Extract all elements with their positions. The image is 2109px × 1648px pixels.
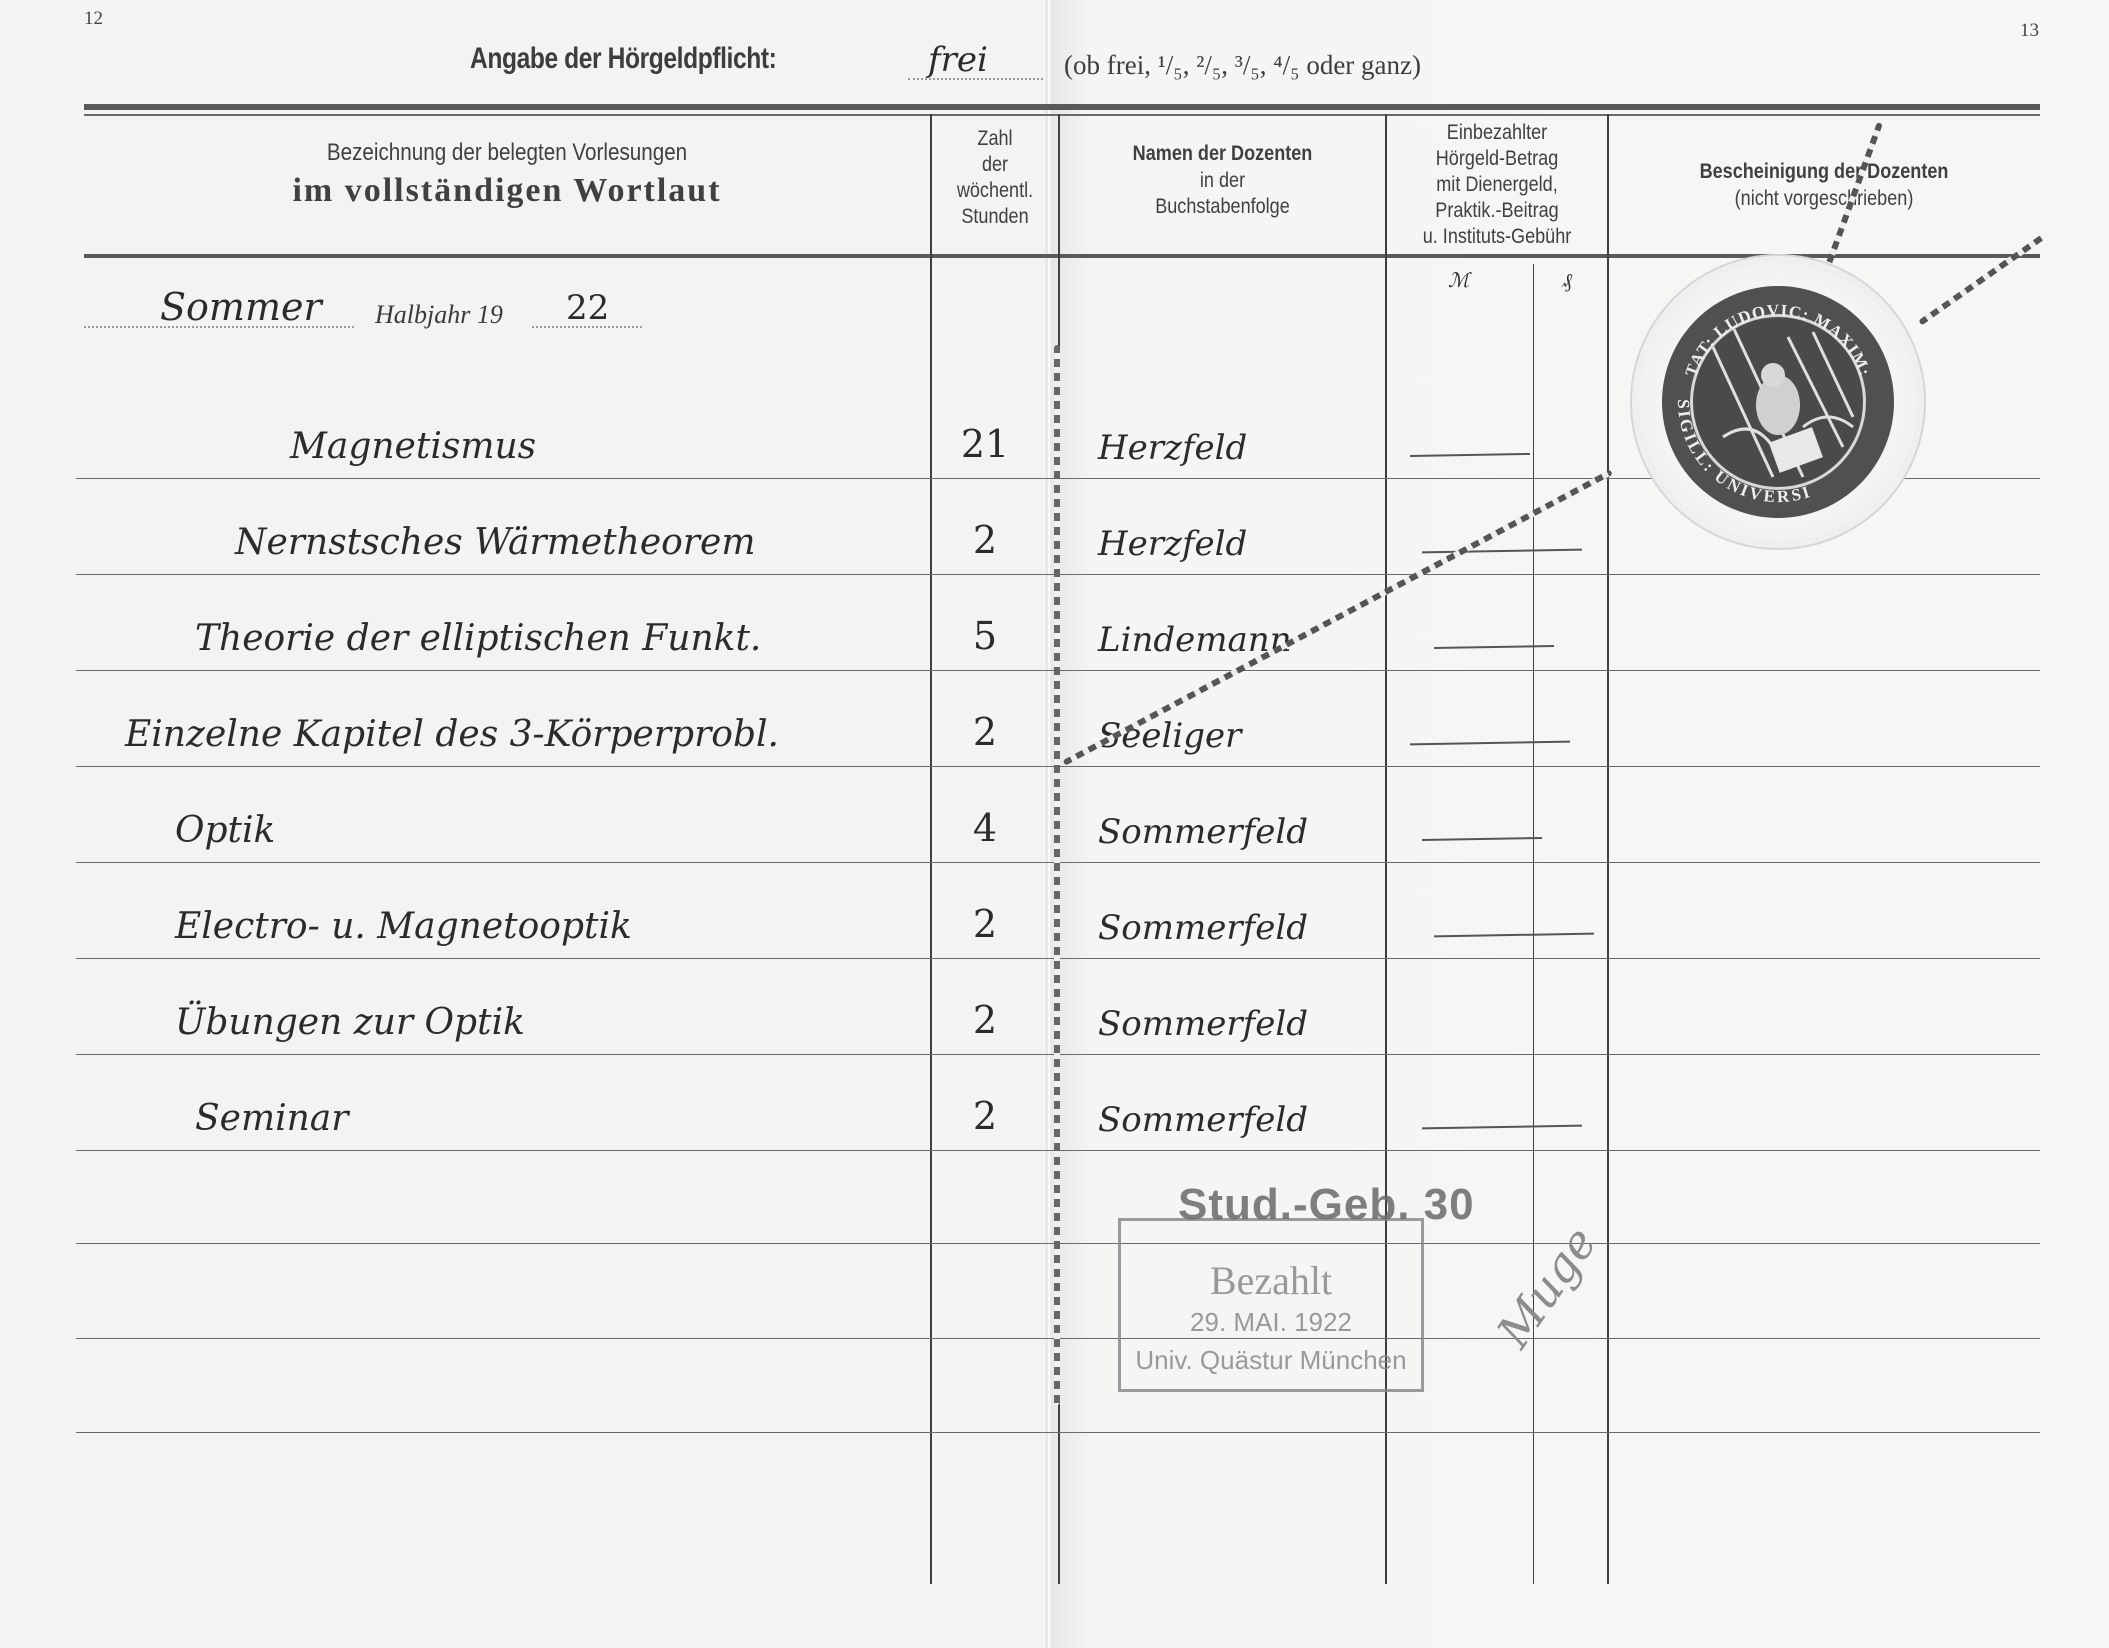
course-lecturer: Sommerfeld [1098, 1100, 1308, 1140]
fee-options-note: (ob frei, ¹/₅, ²/₅, ³/₅, ⁴/₅ oder ganz) [1064, 50, 1421, 81]
fee-value-handwritten: frei [928, 40, 988, 80]
course-hours: 2 [945, 518, 1025, 562]
course-hours: 2 [945, 710, 1025, 754]
course-title: Magnetismus [290, 426, 536, 467]
course-title: Übungen zur Optik [175, 1002, 525, 1043]
course-hours: 2 [945, 902, 1025, 946]
course-lecturer: Sommerfeld [1098, 908, 1308, 948]
header-course: Bezeichnung der belegten Vorlesungen im … [84, 140, 930, 210]
semester-season: Sommer [160, 285, 322, 329]
header-lecturers: Namen der Dozenten in der Buchstabenfolg… [1060, 140, 1385, 220]
semester-label: Halbjahr 19 [375, 300, 503, 330]
stamp-office: Univ. Quästur München [1121, 1345, 1421, 1376]
seal-legend: TAT: LUDOVIC: MAXIM: SIGILL: UNIVERSI [1662, 286, 1894, 518]
header-bottom-rule [84, 254, 2040, 258]
course-title: Nernstsches Wärmetheorem [235, 522, 755, 563]
col-divider-fee-certificate [1607, 114, 1609, 1584]
stamp-paid: Bezahlt [1121, 1257, 1421, 1304]
course-hours: 5 [945, 614, 1025, 658]
book-crease [1046, 0, 1052, 1648]
page-number-left: 12 [84, 8, 103, 30]
svg-text:TAT: LUDOVIC: MAXIM:: TAT: LUDOVIC: MAXIM: [1681, 301, 1874, 379]
course-lecturer: Sommerfeld [1098, 1004, 1308, 1044]
header-certificate: Bescheinigung der Dozenten (nicht vorges… [1609, 158, 2039, 212]
course-hours: 2 [945, 1094, 1025, 1138]
course-hours: 21 [945, 422, 1025, 466]
empty-row-line [76, 1432, 2040, 1433]
course-lecturer: Herzfeld [1098, 524, 1247, 564]
course-title: Optik [175, 810, 275, 851]
course-lecturer: Herzfeld [1098, 428, 1247, 468]
col-divider-course-hours [930, 114, 932, 1584]
course-title: Theorie der elliptischen Funkt. [195, 618, 761, 659]
fee-value-field: frei [908, 48, 1043, 80]
fee-obligation-title: Angabe der Hörgeldpflicht: [470, 42, 776, 76]
header-fee: Einbezahlter Hörgeld-Betrag mit Dienerge… [1387, 120, 1607, 250]
course-title: Electro- u. Magnetooptik [175, 906, 632, 947]
col-divider-mark-pfennig [1533, 264, 1534, 1584]
course-title: Seminar [195, 1098, 348, 1139]
university-seal: TAT: LUDOVIC: MAXIM: SIGILL: UNIVERSI [1638, 262, 1918, 542]
svg-text:SIGILL: UNIVERSI: SIGILL: UNIVERSI [1674, 399, 1813, 506]
course-lecturer: Sommerfeld [1098, 812, 1308, 852]
course-hours: 2 [945, 998, 1025, 1042]
pfennig-subheader: ₰ [1562, 268, 1572, 293]
mark-subheader: ℳ [1448, 268, 1469, 292]
semester-year: 22 [566, 288, 609, 328]
course-title: Einzelne Kapitel des 3-Körperprobl. [125, 714, 779, 755]
page-number-right: 13 [2020, 20, 2039, 42]
course-hours: 4 [945, 806, 1025, 850]
student-fee-overprint: Stud.-Geb. 30 [1178, 1180, 1475, 1230]
seal-ring: TAT: LUDOVIC: MAXIM: SIGILL: UNIVERSI [1662, 286, 1894, 518]
payment-stamp: Bezahlt 29. MAI. 1922 Univ. Quästur Münc… [1118, 1218, 1424, 1392]
top-rule-thin [84, 114, 2040, 116]
header-hours: Zahl der wöchentl. Stunden [932, 126, 1058, 230]
stamp-date: 29. MAI. 1922 [1121, 1307, 1421, 1338]
binding-string [1054, 345, 1060, 1405]
top-rule [84, 104, 2040, 110]
